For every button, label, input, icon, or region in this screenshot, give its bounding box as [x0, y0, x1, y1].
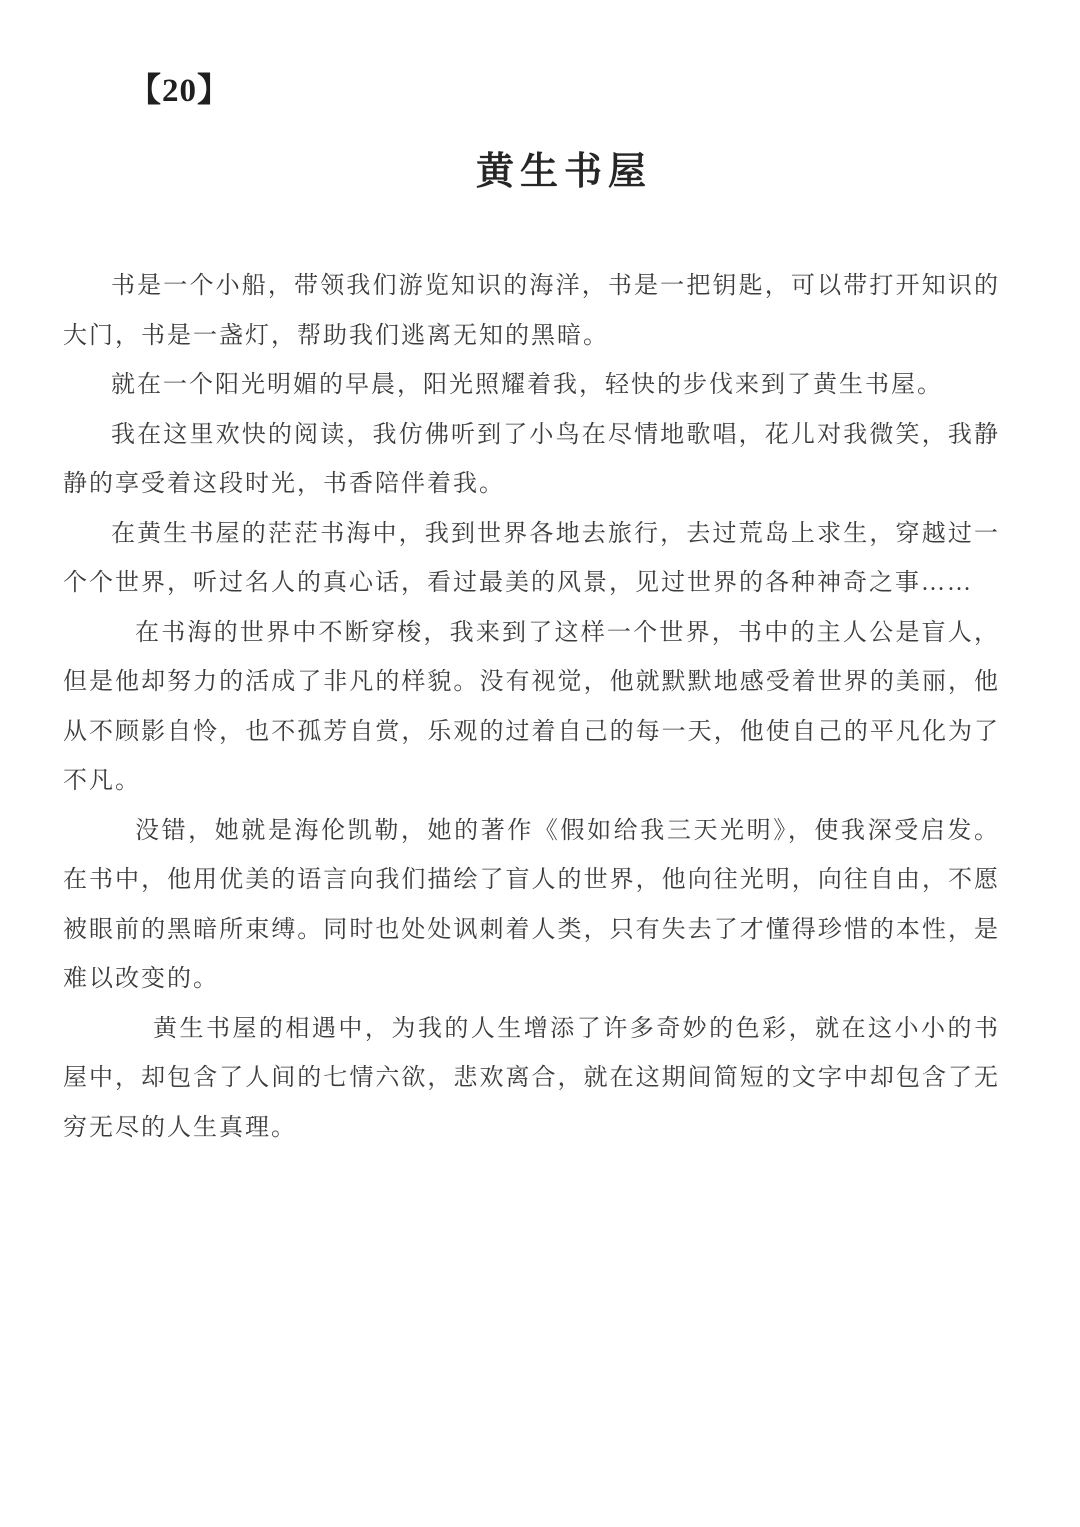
essay-paragraph: 黄生书屋的相遇中，为我的人生增添了许多奇妙的色彩，就在这小小的书屋中，却包含了人…: [63, 1005, 1000, 1154]
essay-paragraph: 就在一个阳光明媚的早晨，阳光照耀着我，轻快的步伐来到了黄生书屋。: [63, 361, 1000, 411]
document-page: 【20】 黄生书屋 书是一个小船，带领我们游览知识的海洋，书是一把钥匙，可以带打…: [0, 0, 1080, 1527]
essay-paragraph: 我在这里欢快的阅读，我仿佛听到了小鸟在尽情地歌唱，花儿对我微笑，我静静的享受着这…: [63, 411, 1000, 510]
essay-paragraph: 没错，她就是海伦凯勒，她的著作《假如给我三天光明》，使我深受启发。在书中，他用优…: [63, 807, 1000, 1005]
essay-paragraph: 在书海的世界中不断穿梭，我来到了这样一个世界，书中的主人公是盲人，但是他却努力的…: [63, 609, 1000, 807]
essay-body: 书是一个小船，带领我们游览知识的海洋，书是一把钥匙，可以带打开知识的大门，书是一…: [63, 262, 1000, 1153]
essay-paragraph: 书是一个小船，带领我们游览知识的海洋，书是一把钥匙，可以带打开知识的大门，书是一…: [63, 262, 1000, 361]
section-number-label: 【20】: [128, 64, 231, 111]
essay-paragraph: 在黄生书屋的茫茫书海中，我到世界各地去旅行，去过荒岛上求生，穿越过一个个世界，听…: [63, 510, 1000, 609]
essay-title: 黄生书屋: [0, 140, 1080, 195]
